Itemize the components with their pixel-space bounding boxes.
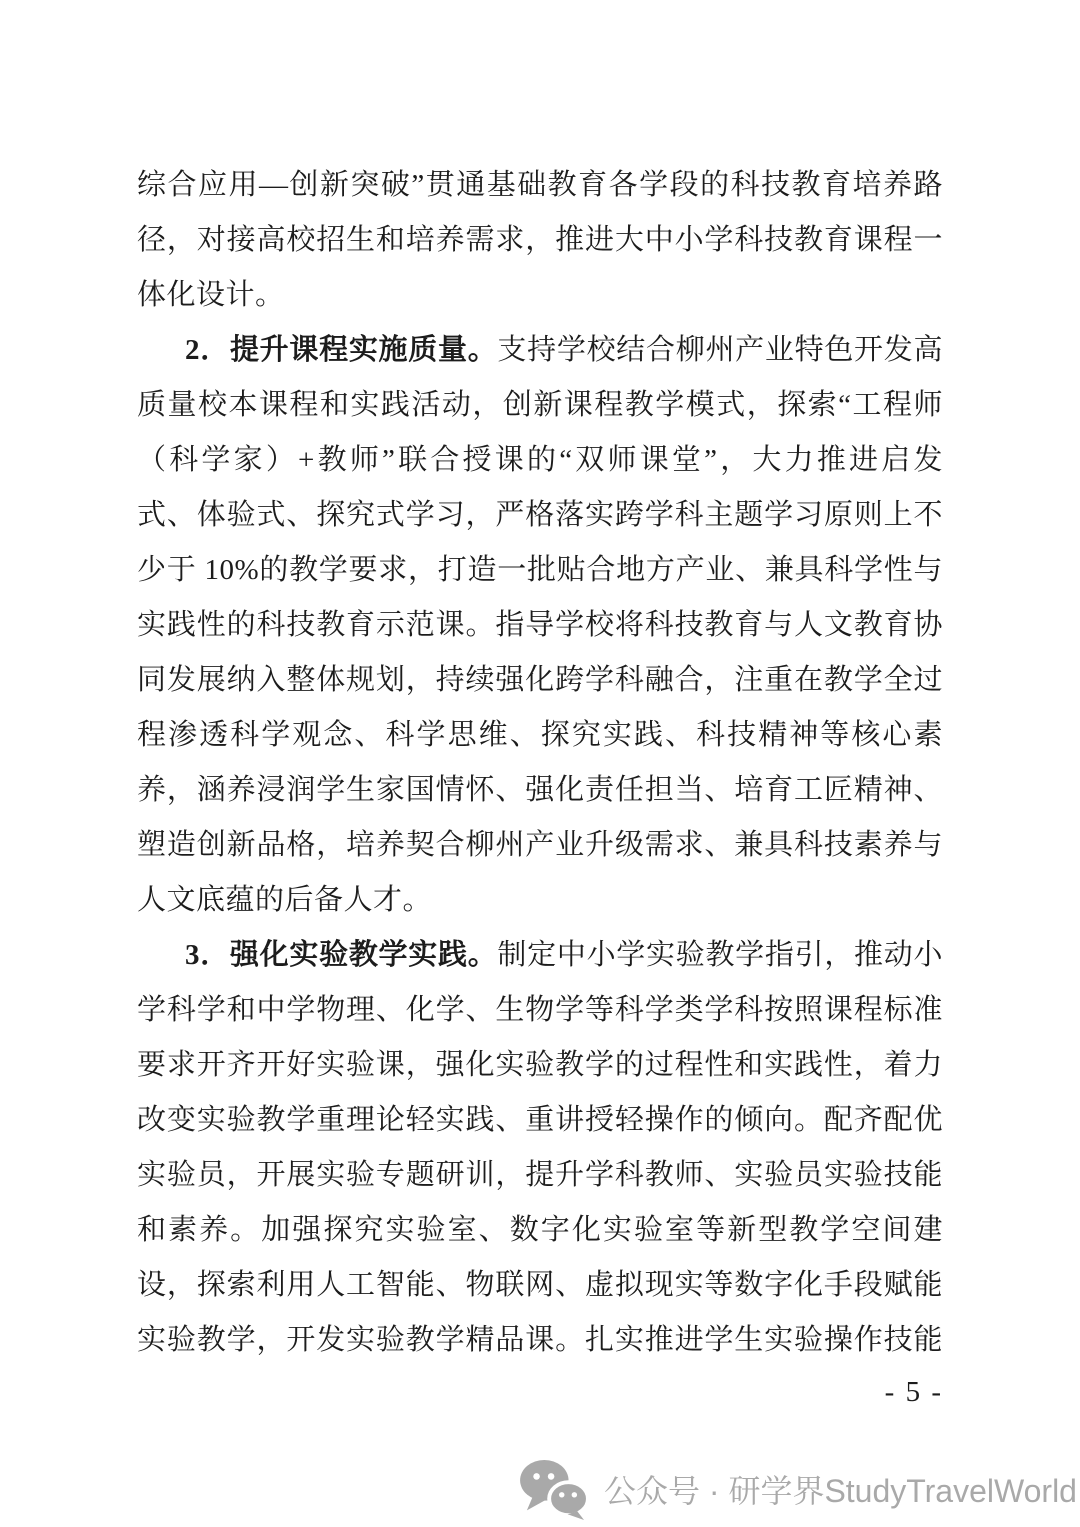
text-line: （科学家）+教师”联合授课的“双师课堂”，大力推进启发 (137, 433, 943, 488)
text-line: 2．提升课程实施质量。支持学校结合柳州产业特色开发高 (137, 323, 943, 378)
line-text: 设，探索利用人工智能、物联网、虚拟现实等数字化手段赋能 (137, 1269, 943, 1301)
line-text: 要求开齐开好实验课，强化实验教学的过程性和实践性，着力 (137, 1049, 943, 1081)
line-text: 式、体验式、探究式学习，严格落实跨学科主题学习原则上不 (137, 499, 943, 531)
page-number: - 5 - (137, 1376, 943, 1409)
bold-lead: 2．提升课程实施质量。 (185, 334, 497, 366)
text-line: 少于 10%的教学要求，打造一批贴合地方产业、兼具科学性与 (137, 543, 943, 598)
text-line: 3．强化实验教学实践。制定中小学实验教学指引，推动小 (137, 928, 943, 983)
line-text: 塑造创新品格，培养契合柳州产业升级需求、兼具科技素养与 (137, 829, 943, 861)
text-line: 要求开齐开好实验课，强化实验教学的过程性和实践性，着力 (137, 1038, 943, 1093)
watermark: 公众号 · 研学界StudyTravelWorld (518, 1456, 1077, 1522)
document-body: 综合应用—创新突破”贯通基础教育各学段的科技教育培养路 径，对接高校招生和培养需… (137, 158, 943, 1368)
watermark-text: 公众号 · 研学界StudyTravelWorld (604, 1466, 1077, 1512)
text-line: 体化设计。 (137, 268, 943, 323)
line-text: 实验教学，开发实验教学精品课。扎实推进学生实验操作技能 (137, 1324, 943, 1356)
line-text: 和素养。加强探究实验室、数字化实验室等新型教学空间建 (137, 1214, 943, 1246)
text-line: 塑造创新品格，培养契合柳州产业升级需求、兼具科技素养与 (137, 818, 943, 873)
line-text: 改变实验教学重理论轻实践、重讲授轻操作的倾向。配齐配优 (137, 1104, 943, 1136)
text-line: 综合应用—创新突破”贯通基础教育各学段的科技教育培养路 (137, 158, 943, 213)
text-line: 学科学和中学物理、化学、生物学等科学类学科按照课程标准 (137, 983, 943, 1038)
line-text: 养，涵养浸润学生家国情怀、强化责任担当、培育工匠精神、 (137, 774, 943, 806)
text-line: 人文底蕴的后备人才。 (137, 873, 943, 928)
line-text: 同发展纳入整体规划，持续强化跨学科融合，注重在教学全过 (137, 664, 943, 696)
text-line: 质量校本课程和实践活动，创新课程教学模式，探索“工程师 (137, 378, 943, 433)
text-line: 同发展纳入整体规划，持续强化跨学科融合，注重在教学全过 (137, 653, 943, 708)
text-line: 和素养。加强探究实验室、数字化实验室等新型教学空间建 (137, 1203, 943, 1258)
text-line: 径，对接高校招生和培养需求，推进大中小学科技教育课程一 (137, 213, 943, 268)
text-line: 式、体验式、探究式学习，严格落实跨学科主题学习原则上不 (137, 488, 943, 543)
line-text: 实验员，开展实验专题研训，提升学科教师、实验员实验技能 (137, 1159, 943, 1191)
line-text: 学科学和中学物理、化学、生物学等科学类学科按照课程标准 (137, 994, 943, 1026)
text-line: 设，探索利用人工智能、物联网、虚拟现实等数字化手段赋能 (137, 1258, 943, 1313)
text-line: 改变实验教学重理论轻实践、重讲授轻操作的倾向。配齐配优 (137, 1093, 943, 1148)
line-text: 质量校本课程和实践活动，创新课程教学模式，探索“工程师 (137, 389, 943, 421)
line-text: 少于 10%的教学要求，打造一批贴合地方产业、兼具科学性与 (137, 554, 943, 586)
text-line: 实验员，开展实验专题研训，提升学科教师、实验员实验技能 (137, 1148, 943, 1203)
wechat-icon (518, 1458, 590, 1520)
line-text: 径，对接高校招生和培养需求，推进大中小学科技教育课程一 (137, 224, 943, 256)
line-text: 人文底蕴的后备人才。 (137, 884, 432, 916)
line-text: 支持学校结合柳州产业特色开发高 (497, 334, 943, 366)
text-line: 实践性的科技教育示范课。指导学校将科技教育与人文教育协 (137, 598, 943, 653)
line-text: 体化设计。 (137, 279, 285, 311)
line-text: 实践性的科技教育示范课。指导学校将科技教育与人文教育协 (137, 609, 943, 641)
line-text: 制定中小学实验教学指引，推动小 (497, 939, 943, 971)
text-line: 程渗透科学观念、科学思维、探究实践、科技精神等核心素 (137, 708, 943, 763)
line-text: 综合应用—创新突破”贯通基础教育各学段的科技教育培养路 (137, 169, 943, 201)
bold-lead: 3．强化实验教学实践。 (185, 939, 497, 971)
line-text: 程渗透科学观念、科学思维、探究实践、科技精神等核心素 (137, 719, 943, 751)
text-line: 实验教学，开发实验教学精品课。扎实推进学生实验操作技能 (137, 1313, 943, 1368)
line-text: （科学家）+教师”联合授课的“双师课堂”，大力推进启发 (137, 444, 943, 476)
text-line: 养，涵养浸润学生家国情怀、强化责任担当、培育工匠精神、 (137, 763, 943, 818)
